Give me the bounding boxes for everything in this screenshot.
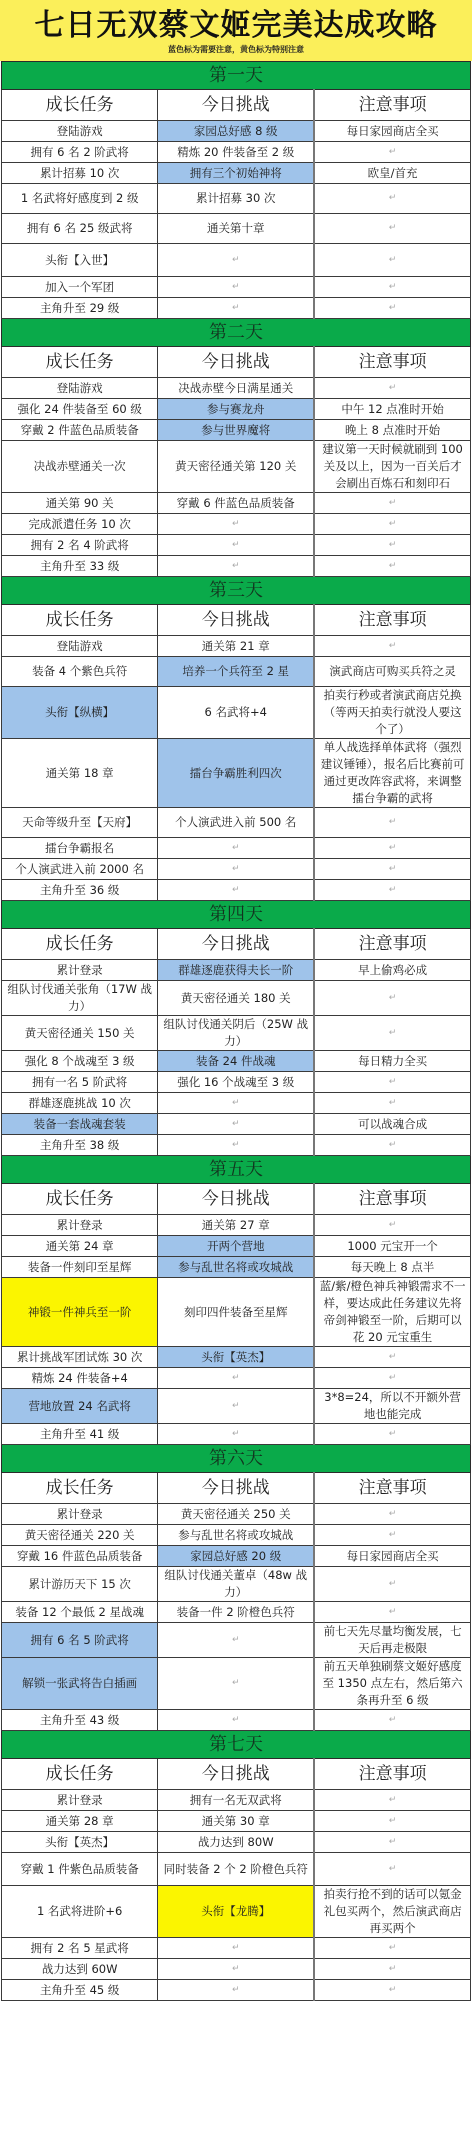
growth-task-cell: 拥有 6 名 2 阶武将	[2, 142, 158, 163]
growth-task-cell: 穿戴 1 件紫色品质装备	[2, 1853, 158, 1886]
challenge-cell: ↵	[158, 298, 314, 319]
note-cell: ↵	[314, 142, 470, 163]
table-row: 黄天密径通关 220 关参与乱世名将或攻城战↵	[2, 1525, 471, 1546]
challenge-cell: 个人演武进入前 500 名	[158, 808, 314, 838]
note-cell: ↵	[314, 298, 470, 319]
challenge-cell: 开两个营地	[158, 1236, 314, 1257]
table-row: 登陆游戏决战赤壁今日满星通关↵	[2, 378, 471, 399]
note-cell: ↵	[314, 244, 470, 277]
page-title: 七日无双蔡文姬完美达成攻略	[0, 0, 472, 44]
table-row: 通关第 90 关穿戴 6 件蓝色品质装备↵	[2, 493, 471, 514]
note-cell: ↵	[314, 808, 470, 838]
table-row: 1 名武将进阶+6头衔【龙腾】拍卖行抢不到的话可以氪金礼包买两个，然后演武商店再…	[2, 1886, 471, 1938]
table-row: 通关第 28 章通关第 30 章↵	[2, 1811, 471, 1832]
table-row: 累计登录拥有一名无双武将↵	[2, 1790, 471, 1811]
column-header-daily-challenge: 今日挑战	[158, 1759, 314, 1790]
day-label: 第七天	[2, 1731, 471, 1759]
table-row: 群雄逐鹿挑战 10 次↵↵	[2, 1093, 471, 1114]
column-header-daily-challenge: 今日挑战	[158, 1184, 314, 1215]
challenge-cell: 同时装备 2 个 2 阶橙色兵符	[158, 1853, 314, 1886]
column-header-notes: 注意事项	[314, 347, 470, 378]
column-header-growth-tasks: 成长任务	[2, 1473, 158, 1504]
column-header-daily-challenge: 今日挑战	[158, 90, 314, 121]
column-header-daily-challenge: 今日挑战	[158, 347, 314, 378]
column-header-row: 成长任务今日挑战注意事项	[2, 605, 471, 636]
growth-task-cell: 拥有一名 5 阶武将	[2, 1072, 158, 1093]
growth-task-cell: 头衔【入世】	[2, 244, 158, 277]
note-cell: ↵	[314, 1368, 470, 1389]
challenge-cell: 家园总好感 20 级	[158, 1546, 314, 1567]
note-cell: 可以战魂合成	[314, 1114, 470, 1135]
note-cell: ↵	[314, 1093, 470, 1114]
note-cell: ↵	[314, 1811, 470, 1832]
column-header-notes: 注意事项	[314, 1473, 470, 1504]
growth-task-cell: 强化 24 件装备至 60 级	[2, 399, 158, 420]
note-cell: 每日精力全买	[314, 1051, 470, 1072]
growth-task-cell: 加入一个军团	[2, 277, 158, 298]
challenge-cell: 组队讨伐通关阴后（25W 战力）	[158, 1016, 314, 1051]
column-header-growth-tasks: 成长任务	[2, 929, 158, 960]
challenge-cell: 拥有三个初始神将	[158, 163, 314, 184]
note-cell: ↵	[314, 184, 470, 214]
challenge-cell: ↵	[158, 880, 314, 901]
table-row: 组队讨伐通关张角（17W 战力）黄天密径通关 180 关↵	[2, 981, 471, 1016]
note-cell: 前七天先尽量均衡发展，七天后再走极限	[314, 1623, 470, 1658]
table-row: 累计挑战军团试炼 30 次头衔【英杰】↵	[2, 1347, 471, 1368]
table-row: 头衔【英杰】战力达到 80W↵	[2, 1832, 471, 1853]
challenge-cell: ↵	[158, 1389, 314, 1424]
note-cell: ↵	[314, 493, 470, 514]
note-cell: ↵	[314, 1832, 470, 1853]
note-cell: ↵	[314, 1347, 470, 1368]
column-header-row: 成长任务今日挑战注意事项	[2, 347, 471, 378]
table-row: 穿戴 16 件蓝色品质装备家园总好感 20 级每日家园商店全买	[2, 1546, 471, 1567]
table-row: 加入一个军团↵↵	[2, 277, 471, 298]
growth-task-cell: 擂台争霸报名	[2, 838, 158, 859]
challenge-cell: 装备 24 件战魂	[158, 1051, 314, 1072]
table-row: 装备 4 个紫色兵符培养一个兵符至 2 星演武商店可购买兵符之灵	[2, 657, 471, 687]
growth-task-cell: 累计登录	[2, 1790, 158, 1811]
growth-task-cell: 拥有 6 名 5 阶武将	[2, 1623, 158, 1658]
challenge-cell: ↵	[158, 1623, 314, 1658]
growth-task-cell: 头衔【纵横】	[2, 687, 158, 739]
challenge-cell: 参与乱世名将或攻城战	[158, 1257, 314, 1278]
challenge-cell: 刻印四件装备至星辉	[158, 1278, 314, 1347]
growth-task-cell: 主角升至 29 级	[2, 298, 158, 319]
note-cell: ↵	[314, 277, 470, 298]
note-cell: ↵	[314, 1602, 470, 1623]
table-row: 强化 24 件装备至 60 级参与赛龙舟中午 12 点准时开始	[2, 399, 471, 420]
column-header-row: 成长任务今日挑战注意事项	[2, 1759, 471, 1790]
challenge-cell: ↵	[158, 1980, 314, 2001]
growth-task-cell: 主角升至 41 级	[2, 1424, 158, 1445]
column-header-growth-tasks: 成长任务	[2, 605, 158, 636]
note-cell: ↵	[314, 1980, 470, 2001]
day-label: 第六天	[2, 1445, 471, 1473]
challenge-cell: ↵	[158, 1114, 314, 1135]
column-header-row: 成长任务今日挑战注意事项	[2, 1184, 471, 1215]
growth-task-cell: 解锁一张武将告白插画	[2, 1658, 158, 1710]
column-header-notes: 注意事项	[314, 1184, 470, 1215]
challenge-cell: 擂台争霸胜利四次	[158, 739, 314, 808]
note-cell: 每天晚上 8 点半	[314, 1257, 470, 1278]
challenge-cell: ↵	[158, 514, 314, 535]
growth-task-cell: 强化 8 个战魂至 3 级	[2, 1051, 158, 1072]
challenge-cell: ↵	[158, 535, 314, 556]
table-row: 累计登录黄天密径通关 250 关↵	[2, 1504, 471, 1525]
table-row: 完成派遣任务 10 次↵↵	[2, 514, 471, 535]
column-header-notes: 注意事项	[314, 929, 470, 960]
table-row: 头衔【纵横】6 名武将+4拍卖行秒或者演武商店兑换（等两天拍卖行就没人要这个了）	[2, 687, 471, 739]
growth-task-cell: 通关第 24 章	[2, 1236, 158, 1257]
legend-note: 蓝色标为需要注意，黄色标为特别注意	[0, 44, 472, 56]
growth-task-cell: 天命等级升至【天府】	[2, 808, 158, 838]
table-row: 1 名武将好感度到 2 级累计招募 30 次↵	[2, 184, 471, 214]
growth-task-cell: 主角升至 45 级	[2, 1980, 158, 2001]
table-row: 穿戴 1 件紫色品质装备同时装备 2 个 2 阶橙色兵符↵	[2, 1853, 471, 1886]
challenge-cell: ↵	[158, 1093, 314, 1114]
day-header: 第一天	[2, 62, 471, 90]
note-cell: ↵	[314, 636, 470, 657]
day-header: 第二天	[2, 319, 471, 347]
note-cell: 演武商店可购买兵符之灵	[314, 657, 470, 687]
day-header: 第四天	[2, 901, 471, 929]
challenge-cell: 精炼 20 件装备至 2 级	[158, 142, 314, 163]
growth-task-cell: 通关第 28 章	[2, 1811, 158, 1832]
note-cell: ↵	[314, 1959, 470, 1980]
growth-task-cell: 黄天密径通关 220 关	[2, 1525, 158, 1546]
table-row: 主角升至 33 级↵↵	[2, 556, 471, 577]
day-label: 第二天	[2, 319, 471, 347]
note-cell: ↵	[314, 378, 470, 399]
table-row: 天命等级升至【天府】个人演武进入前 500 名↵	[2, 808, 471, 838]
note-cell: ↵	[314, 1016, 470, 1051]
column-header-row: 成长任务今日挑战注意事项	[2, 929, 471, 960]
strategy-table: 第一天成长任务今日挑战注意事项登陆游戏家园总好感 8 级每日家园商店全买拥有 6…	[1, 61, 471, 2001]
challenge-cell: ↵	[158, 277, 314, 298]
note-cell: ↵	[314, 1790, 470, 1811]
challenge-cell: 组队讨伐通关董卓（48w 战力）	[158, 1567, 314, 1602]
challenge-cell: 战力达到 80W	[158, 1832, 314, 1853]
challenge-cell: ↵	[158, 1368, 314, 1389]
challenge-cell: ↵	[158, 1938, 314, 1959]
growth-task-cell: 累计招募 10 次	[2, 163, 158, 184]
note-cell: ↵	[314, 514, 470, 535]
challenge-cell: 黄天密径通关 180 关	[158, 981, 314, 1016]
note-cell: 拍卖行抢不到的话可以氪金礼包买两个，然后演武商店再买两个	[314, 1886, 470, 1938]
challenge-cell: ↵	[158, 1959, 314, 1980]
challenge-cell: 穿戴 6 件蓝色品质装备	[158, 493, 314, 514]
growth-task-cell: 拥有 2 名 4 阶武将	[2, 535, 158, 556]
challenge-cell: 通关第 30 章	[158, 1811, 314, 1832]
column-header-growth-tasks: 成长任务	[2, 90, 158, 121]
growth-task-cell: 装备 12 个最低 2 星战魂	[2, 1602, 158, 1623]
growth-task-cell: 黄天密径通关 150 关	[2, 1016, 158, 1051]
column-header-daily-challenge: 今日挑战	[158, 1473, 314, 1504]
table-row: 擂台争霸报名↵↵	[2, 838, 471, 859]
table-row: 精炼 24 件装备+4↵↵	[2, 1368, 471, 1389]
challenge-cell: ↵	[158, 244, 314, 277]
table-row: 主角升至 43 级↵↵	[2, 1710, 471, 1731]
growth-task-cell: 主角升至 36 级	[2, 880, 158, 901]
column-header-notes: 注意事项	[314, 605, 470, 636]
table-row: 解锁一张武将告白插画↵前五天单独刷蔡文姬好感度至 1350 点左右，然后第六条再…	[2, 1658, 471, 1710]
day-label: 第四天	[2, 901, 471, 929]
table-row: 累计招募 10 次拥有三个初始神将欧皇/首充	[2, 163, 471, 184]
growth-task-cell: 累计游历天下 15 次	[2, 1567, 158, 1602]
note-cell: ↵	[314, 214, 470, 244]
note-cell: 单人战选择单体武将（强烈建议锤锤），报名后比赛前可通过更改阵容武将，来调整擂台争…	[314, 739, 470, 808]
note-cell: ↵	[314, 1525, 470, 1546]
note-cell: 每日家园商店全买	[314, 121, 470, 142]
table-row: 装备一件刻印至星辉参与乱世名将或攻城战每天晚上 8 点半	[2, 1257, 471, 1278]
column-header-row: 成长任务今日挑战注意事项	[2, 1473, 471, 1504]
challenge-cell: 通关第 27 章	[158, 1215, 314, 1236]
table-row: 拥有一名 5 阶武将强化 16 个战魂至 3 级↵	[2, 1072, 471, 1093]
table-row: 主角升至 41 级↵↵	[2, 1424, 471, 1445]
challenge-cell: 头衔【英杰】	[158, 1347, 314, 1368]
challenge-cell: 通关第 21 章	[158, 636, 314, 657]
day-header: 第三天	[2, 577, 471, 605]
day-header: 第五天	[2, 1156, 471, 1184]
table-row: 主角升至 38 级↵↵	[2, 1135, 471, 1156]
note-cell: ↵	[314, 838, 470, 859]
note-cell: 蓝/紫/橙色神兵神锻需求不一样，要达成此任务建议先将帝剑神锻至一阶，后期可以花 …	[314, 1278, 470, 1347]
challenge-cell: 头衔【龙腾】	[158, 1886, 314, 1938]
growth-task-cell: 累计挑战军团试炼 30 次	[2, 1347, 158, 1368]
growth-task-cell: 通关第 90 关	[2, 493, 158, 514]
note-cell: ↵	[314, 535, 470, 556]
column-header-daily-challenge: 今日挑战	[158, 929, 314, 960]
table-row: 登陆游戏通关第 21 章↵	[2, 636, 471, 657]
growth-task-cell: 装备一件刻印至星辉	[2, 1257, 158, 1278]
note-cell: 3*8=24，所以不开额外营地也能完成	[314, 1389, 470, 1424]
table-row: 拥有 6 名 5 阶武将↵前七天先尽量均衡发展，七天后再走极限	[2, 1623, 471, 1658]
column-header-growth-tasks: 成长任务	[2, 1184, 158, 1215]
table-row: 黄天密径通关 150 关组队讨伐通关阴后（25W 战力）↵	[2, 1016, 471, 1051]
title-banner: 七日无双蔡文姬完美达成攻略 蓝色标为需要注意，黄色标为特别注意	[0, 0, 472, 61]
table-row: 战力达到 60W↵↵	[2, 1959, 471, 1980]
note-cell: 拍卖行秒或者演武商店兑换（等两天拍卖行就没人要这个了）	[314, 687, 470, 739]
growth-task-cell: 累计登录	[2, 1504, 158, 1525]
column-header-daily-challenge: 今日挑战	[158, 605, 314, 636]
challenge-cell: ↵	[158, 556, 314, 577]
challenge-cell: 6 名武将+4	[158, 687, 314, 739]
challenge-cell: 参与世界魔将	[158, 420, 314, 441]
table-row: 拥有 6 名 25 级武将通关第十章↵	[2, 214, 471, 244]
note-cell: ↵	[314, 1567, 470, 1602]
day-header: 第七天	[2, 1731, 471, 1759]
table-row: 通关第 24 章开两个营地1000 元宝开一个	[2, 1236, 471, 1257]
column-header-row: 成长任务今日挑战注意事项	[2, 90, 471, 121]
table-row: 通关第 18 章擂台争霸胜利四次单人战选择单体武将（强烈建议锤锤），报名后比赛前…	[2, 739, 471, 808]
challenge-cell: 拥有一名无双武将	[158, 1790, 314, 1811]
table-row: 穿戴 2 件蓝色品质装备参与世界魔将晚上 8 点准时开始	[2, 420, 471, 441]
challenge-cell: ↵	[158, 1424, 314, 1445]
challenge-cell: 家园总好感 8 级	[158, 121, 314, 142]
column-header-notes: 注意事项	[314, 90, 470, 121]
column-header-notes: 注意事项	[314, 1759, 470, 1790]
growth-task-cell: 精炼 24 件装备+4	[2, 1368, 158, 1389]
note-cell: 中午 12 点准时开始	[314, 399, 470, 420]
note-cell: 前五天单独刷蔡文姬好感度至 1350 点左右，然后第六条再升至 6 级	[314, 1658, 470, 1710]
growth-task-cell: 决战赤壁通关一次	[2, 441, 158, 493]
note-cell: 建议第一天时候就刷到 100 关及以上，因为一百关后才会刷出百炼石和刻印石	[314, 441, 470, 493]
table-row: 累计登录群雄逐鹿获得夫长一阶早上偷鸡必成	[2, 960, 471, 981]
day-label: 第一天	[2, 62, 471, 90]
challenge-cell: 培养一个兵符至 2 星	[158, 657, 314, 687]
growth-task-cell: 头衔【英杰】	[2, 1832, 158, 1853]
note-cell: ↵	[314, 1215, 470, 1236]
challenge-cell: 装备一件 2 阶橙色兵符	[158, 1602, 314, 1623]
growth-task-cell: 1 名武将好感度到 2 级	[2, 184, 158, 214]
table-row: 个人演武进入前 2000 名↵↵	[2, 859, 471, 880]
column-header-growth-tasks: 成长任务	[2, 1759, 158, 1790]
table-row: 累计登录通关第 27 章↵	[2, 1215, 471, 1236]
growth-task-cell: 战力达到 60W	[2, 1959, 158, 1980]
growth-task-cell: 登陆游戏	[2, 121, 158, 142]
growth-task-cell: 装备一套战魂套装	[2, 1114, 158, 1135]
challenge-cell: 强化 16 个战魂至 3 级	[158, 1072, 314, 1093]
growth-task-cell: 装备 4 个紫色兵符	[2, 657, 158, 687]
table-row: 主角升至 29 级↵↵	[2, 298, 471, 319]
growth-task-cell: 主角升至 43 级	[2, 1710, 158, 1731]
table-row: 神锻一件神兵至一阶刻印四件装备至星辉蓝/紫/橙色神兵神锻需求不一样，要达成此任务…	[2, 1278, 471, 1347]
challenge-cell: 群雄逐鹿获得夫长一阶	[158, 960, 314, 981]
growth-task-cell: 穿戴 2 件蓝色品质装备	[2, 420, 158, 441]
growth-task-cell: 拥有 6 名 25 级武将	[2, 214, 158, 244]
table-row: 拥有 6 名 2 阶武将精炼 20 件装备至 2 级↵	[2, 142, 471, 163]
table-row: 累计游历天下 15 次组队讨伐通关董卓（48w 战力）↵	[2, 1567, 471, 1602]
note-cell: ↵	[314, 1710, 470, 1731]
growth-task-cell: 累计登录	[2, 1215, 158, 1236]
table-row: 主角升至 45 级↵↵	[2, 1980, 471, 2001]
growth-task-cell: 主角升至 38 级	[2, 1135, 158, 1156]
day-header: 第六天	[2, 1445, 471, 1473]
note-cell: 每日家园商店全买	[314, 1546, 470, 1567]
growth-task-cell: 通关第 18 章	[2, 739, 158, 808]
table-row: 拥有 2 名 5 星武将↵↵	[2, 1938, 471, 1959]
note-cell: ↵	[314, 880, 470, 901]
note-cell: 欧皇/首充	[314, 163, 470, 184]
table-row: 头衔【入世】↵↵	[2, 244, 471, 277]
day-label: 第五天	[2, 1156, 471, 1184]
table-row: 主角升至 36 级↵↵	[2, 880, 471, 901]
note-cell: ↵	[314, 859, 470, 880]
table-row: 装备一套战魂套装↵可以战魂合成	[2, 1114, 471, 1135]
growth-task-cell: 群雄逐鹿挑战 10 次	[2, 1093, 158, 1114]
table-row: 营地放置 24 名武将↵3*8=24，所以不开额外营地也能完成	[2, 1389, 471, 1424]
challenge-cell: 通关第十章	[158, 214, 314, 244]
growth-task-cell: 穿戴 16 件蓝色品质装备	[2, 1546, 158, 1567]
table-row: 拥有 2 名 4 阶武将↵↵	[2, 535, 471, 556]
day-label: 第三天	[2, 577, 471, 605]
table-row: 强化 8 个战魂至 3 级装备 24 件战魂每日精力全买	[2, 1051, 471, 1072]
note-cell: ↵	[314, 981, 470, 1016]
note-cell: ↵	[314, 1424, 470, 1445]
challenge-cell: ↵	[158, 1135, 314, 1156]
growth-task-cell: 组队讨伐通关张角（17W 战力）	[2, 981, 158, 1016]
challenge-cell: ↵	[158, 1710, 314, 1731]
note-cell: ↵	[314, 1504, 470, 1525]
challenge-cell: ↵	[158, 1658, 314, 1710]
growth-task-cell: 营地放置 24 名武将	[2, 1389, 158, 1424]
note-cell: 晚上 8 点准时开始	[314, 420, 470, 441]
growth-task-cell: 主角升至 33 级	[2, 556, 158, 577]
challenge-cell: ↵	[158, 859, 314, 880]
table-row: 决战赤壁通关一次黄天密径通关第 120 关建议第一天时候就刷到 100 关及以上…	[2, 441, 471, 493]
challenge-cell: 黄天密径通关 250 关	[158, 1504, 314, 1525]
table-row: 装备 12 个最低 2 星战魂装备一件 2 阶橙色兵符↵	[2, 1602, 471, 1623]
note-cell: ↵	[314, 1135, 470, 1156]
note-cell: ↵	[314, 1938, 470, 1959]
growth-task-cell: 拥有 2 名 5 星武将	[2, 1938, 158, 1959]
challenge-cell: 决战赤壁今日满星通关	[158, 378, 314, 399]
table-row: 登陆游戏家园总好感 8 级每日家园商店全买	[2, 121, 471, 142]
note-cell: ↵	[314, 1853, 470, 1886]
growth-task-cell: 登陆游戏	[2, 378, 158, 399]
challenge-cell: 黄天密径通关第 120 关	[158, 441, 314, 493]
column-header-growth-tasks: 成长任务	[2, 347, 158, 378]
growth-task-cell: 1 名武将进阶+6	[2, 1886, 158, 1938]
note-cell: ↵	[314, 1072, 470, 1093]
challenge-cell: 累计招募 30 次	[158, 184, 314, 214]
growth-task-cell: 神锻一件神兵至一阶	[2, 1278, 158, 1347]
challenge-cell: ↵	[158, 838, 314, 859]
note-cell: ↵	[314, 556, 470, 577]
growth-task-cell: 完成派遣任务 10 次	[2, 514, 158, 535]
note-cell: 1000 元宝开一个	[314, 1236, 470, 1257]
growth-task-cell: 个人演武进入前 2000 名	[2, 859, 158, 880]
note-cell: 早上偷鸡必成	[314, 960, 470, 981]
challenge-cell: 参与乱世名将或攻城战	[158, 1525, 314, 1546]
growth-task-cell: 累计登录	[2, 960, 158, 981]
challenge-cell: 参与赛龙舟	[158, 399, 314, 420]
growth-task-cell: 登陆游戏	[2, 636, 158, 657]
